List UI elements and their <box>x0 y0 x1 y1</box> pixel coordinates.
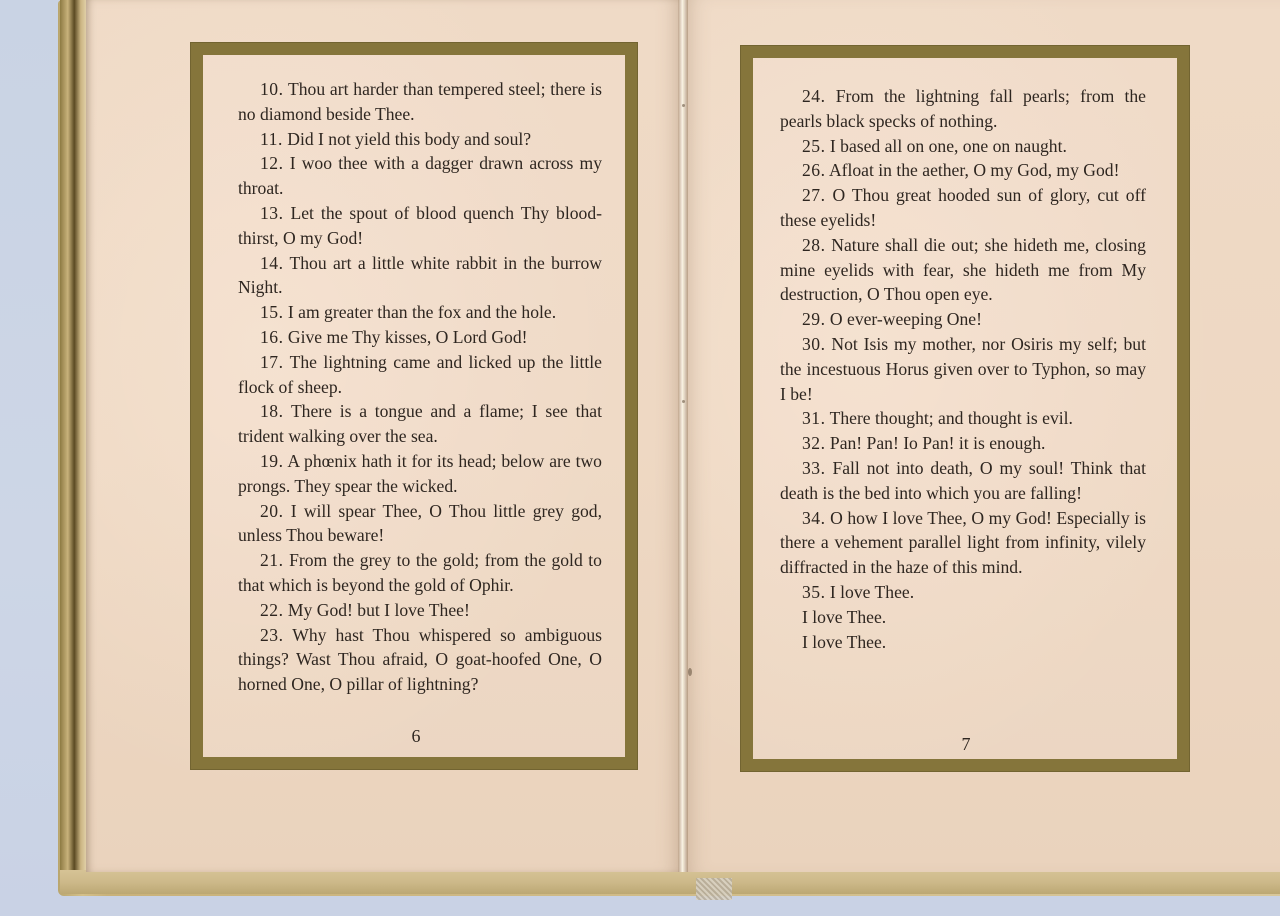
verse-number: 20. <box>260 501 284 521</box>
verse-number: 31. <box>802 408 826 428</box>
verse-paragraph: 24. From the lightning fall pearls; from… <box>780 84 1146 134</box>
verse-number: 24. <box>802 86 826 106</box>
verse-number: 30. <box>802 334 826 354</box>
verse-number: 33. <box>802 458 826 478</box>
verse-paragraph: 27. O Thou great hooded sun of glory, cu… <box>780 183 1146 233</box>
verse-paragraph: 22. My God! but I love Thee! <box>238 598 602 623</box>
verse-paragraph: 21. From the grey to the gold; from the … <box>238 548 602 598</box>
verse-text: The lightning came and licked up the lit… <box>238 352 602 397</box>
verse-text: There is a tongue and a flame; I see tha… <box>238 401 602 446</box>
verse-paragraph: 10. Thou art harder than tempered steel;… <box>238 77 602 127</box>
verse-text: Fall not into death, O my soul! Think th… <box>780 458 1146 503</box>
verse-text: My God! but I love Thee! <box>288 600 470 620</box>
verse-number: 15. <box>260 302 284 322</box>
book-spread: 10. Thou art harder than tempered steel;… <box>86 0 1280 878</box>
verse-number: 16. <box>260 327 284 347</box>
book-gutter <box>678 0 688 872</box>
verse-paragraph: 20. I will spear Thee, O Thou little gre… <box>238 499 602 549</box>
verse-text: O how I love Thee, O my God! Es­pecially… <box>780 508 1146 578</box>
verse-paragraph: 31. There thought; and thought is evil. <box>780 406 1146 431</box>
verse-number: 12. <box>260 153 284 173</box>
verse-text: Give me Thy kisses, O Lord God! <box>288 327 528 347</box>
right-page-text: 24. From the lightning fall pearls; from… <box>780 84 1146 654</box>
verse-paragraph: 12. I woo thee with a dagger drawn acros… <box>238 151 602 201</box>
verse-paragraph: 23. Why hast Thou whispered so ambiguous… <box>238 623 602 697</box>
verse-number: 32. <box>802 433 826 453</box>
verse-paragraph: 33. Fall not into death, O my soul! Thin… <box>780 456 1146 506</box>
verse-text: Let the spout of blood quench Thy blood-… <box>238 203 602 248</box>
verse-number: 28. <box>802 235 826 255</box>
verse-paragraph: I love Thee. <box>780 605 1146 630</box>
verse-text: O ever-weeping One! <box>830 309 982 329</box>
verse-text: I based all on one, one on naught. <box>830 136 1067 156</box>
verse-text: From the lightning fall pearls; from the… <box>780 86 1146 131</box>
verse-text: Did I not yield this body and soul? <box>287 129 531 149</box>
paper-speck <box>682 400 685 403</box>
verse-number: 25. <box>802 136 826 156</box>
verse-number: 18. <box>260 401 284 421</box>
verse-text: Nature shall die out; she hideth me, clo… <box>780 235 1146 305</box>
page-number-left: 6 <box>396 726 436 747</box>
verse-paragraph: 32. Pan! Pan! Io Pan! it is enough. <box>780 431 1146 456</box>
paper-speck <box>688 668 692 676</box>
verse-text: Why hast Thou whispered so ambiguous thi… <box>238 625 602 695</box>
verse-paragraph: 14. Thou art a little white rabbit in th… <box>238 251 602 301</box>
verse-number: 13. <box>260 203 284 223</box>
paper-speck <box>682 104 685 107</box>
verse-text: O Thou great hooded sun of glory, cut of… <box>780 185 1146 230</box>
verse-text: Not Isis my mother, nor Osiris my self; … <box>780 334 1146 404</box>
verse-paragraph: 25. I based all on one, one on naught. <box>780 134 1146 159</box>
left-page-text: 10. Thou art harder than tempered steel;… <box>238 77 602 697</box>
verse-number: 11. <box>260 129 283 149</box>
verse-number: 34. <box>802 508 826 528</box>
verse-paragraph: 16. Give me Thy kisses, O Lord God! <box>238 325 602 350</box>
verse-paragraph: 29. O ever-weeping One! <box>780 307 1146 332</box>
verse-number: 17. <box>260 352 284 372</box>
verse-text: Thou art harder than tempered steel; the… <box>238 79 602 124</box>
verse-text: I love Thee. <box>802 607 886 627</box>
verse-number: 21. <box>260 550 284 570</box>
verse-paragraph: 13. Let the spout of blood quench Thy bl… <box>238 201 602 251</box>
verse-paragraph: 30. Not Isis my mother, nor Osiris my se… <box>780 332 1146 406</box>
verse-paragraph: 34. O how I love Thee, O my God! Es­peci… <box>780 506 1146 580</box>
verse-text: I love Thee. <box>830 582 914 602</box>
verse-number: 26. <box>802 160 826 180</box>
page-number-right: 7 <box>946 734 986 755</box>
verse-text: From the grey to the gold; from the gold… <box>238 550 602 595</box>
verse-number: 22. <box>260 600 284 620</box>
verse-paragraph: I love Thee. <box>780 630 1146 655</box>
verse-number: 29. <box>802 309 826 329</box>
verse-paragraph: 15. I am greater than the fox and the ho… <box>238 300 602 325</box>
verse-text: I woo thee with a dagger drawn across my… <box>238 153 602 198</box>
verse-text: Afloat in the aether, O my God, my God! <box>829 160 1120 180</box>
bookmark-ribbon <box>696 878 732 900</box>
verse-text: There thought; and thought is evil. <box>830 408 1073 428</box>
verse-text: I am greater than the fox and the hole. <box>288 302 556 322</box>
verse-paragraph: 28. Nature shall die out; she hideth me,… <box>780 233 1146 307</box>
verse-paragraph: 35. I love Thee. <box>780 580 1146 605</box>
verse-paragraph: 11. Did I not yield this body and soul? <box>238 127 602 152</box>
verse-paragraph: 18. There is a tongue and a flame; I see… <box>238 399 602 449</box>
verse-text: Thou art a little white rabbit in the bu… <box>238 253 602 298</box>
verse-text: A phœnix hath it for its head; below are… <box>238 451 602 496</box>
verse-number: 14. <box>260 253 284 273</box>
verse-number: 27. <box>802 185 826 205</box>
verse-paragraph: 26. Afloat in the aether, O my God, my G… <box>780 158 1146 183</box>
verse-text: I love Thee. <box>802 632 886 652</box>
verse-paragraph: 19. A phœnix hath it for its head; below… <box>238 449 602 499</box>
verse-number: 10. <box>260 79 284 99</box>
verse-number: 19. <box>260 451 284 471</box>
verse-number: 35. <box>802 582 826 602</box>
verse-paragraph: 17. The lightning came and licked up the… <box>238 350 602 400</box>
book-cover-edge <box>60 0 86 890</box>
verse-number: 23. <box>260 625 284 645</box>
verse-text: Pan! Pan! Io Pan! it is enough. <box>830 433 1046 453</box>
verse-text: I will spear Thee, O Thou little grey go… <box>238 501 602 546</box>
